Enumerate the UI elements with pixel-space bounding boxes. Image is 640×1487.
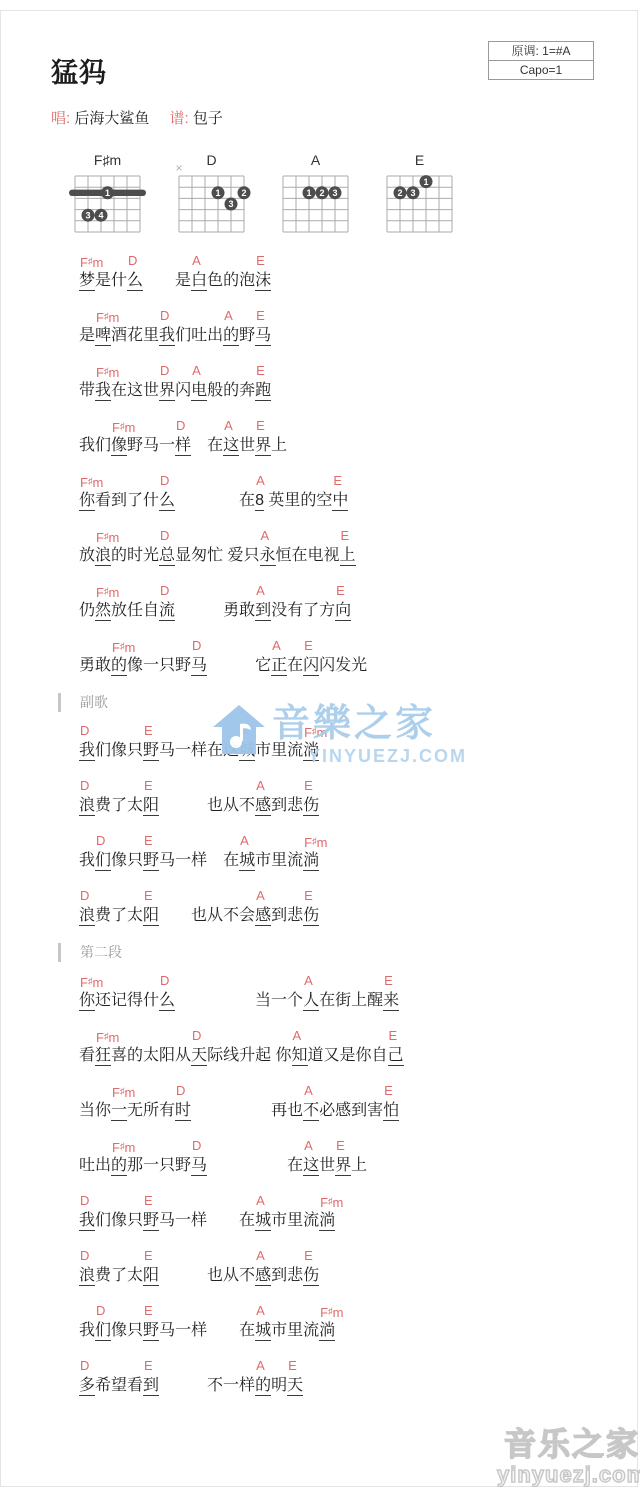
lyric-text: 马: [191, 657, 207, 676]
lyric-text: 马一样 在: [159, 1212, 255, 1229]
lyric-text: 淌: [303, 852, 319, 871]
lyric-text: 这: [223, 437, 239, 456]
lyric-token: A到: [255, 600, 271, 622]
lyric-token: D我: [79, 740, 95, 762]
chord-label: A: [240, 724, 249, 738]
lyric-text: 显匆忙 爱只: [175, 547, 259, 564]
lyric-token: A电: [191, 380, 207, 402]
lyric-line: F♯m梦是什D么 是A白色的泡E沫: [79, 252, 637, 292]
lyric-token: A城: [255, 1320, 271, 1342]
lyric-token: 费了太: [95, 905, 143, 927]
chord-label: F♯m: [96, 584, 119, 600]
lyric-token: 般的奔: [207, 380, 255, 402]
lyric-text: 到悲: [271, 907, 303, 924]
lyric-token: F♯m一: [111, 1100, 127, 1122]
lyric-text: 到悲: [271, 1267, 303, 1284]
lyric-text: 它: [207, 657, 271, 674]
lyric-token: 马一样 在: [159, 850, 239, 872]
lyric-token: F♯m你: [79, 490, 95, 512]
lyric-token: A白: [191, 270, 207, 292]
chord-label: E: [256, 419, 265, 433]
chord-label: A: [256, 474, 265, 488]
lyric-token: D们: [95, 850, 111, 872]
lyric-text: 们: [95, 852, 111, 871]
lyric-line: 放F♯m浪的时光D总显匆忙 爱只A永恒在电视E上: [79, 527, 637, 567]
lyric-text: 么: [159, 492, 175, 511]
lyric-text: 上: [351, 1157, 367, 1174]
chord-label: F♯m: [80, 254, 103, 270]
lyric-token: 在这世: [111, 380, 159, 402]
svg-text:2: 2: [241, 188, 246, 198]
chord-sheet-page: 猛犸 唱: 后海大鲨鱼 谱: 包子 F♯m134D×123A123E123 F♯…: [0, 0, 640, 1487]
svg-text:1: 1: [105, 188, 110, 198]
lyric-token: 放: [79, 545, 95, 567]
lyric-line: F♯m你看到了什D么 在A8 英里的空E中: [79, 472, 637, 512]
lyric-text: 无所有: [127, 1102, 175, 1119]
lyric-token: 闪: [175, 380, 191, 402]
lyric-token: E天: [287, 1375, 303, 1397]
svg-text:E: E: [415, 152, 424, 168]
lyric-token: E阳: [143, 905, 159, 927]
lyric-token: D样: [175, 435, 191, 457]
svg-text:4: 4: [98, 210, 103, 220]
lyric-text: 己: [388, 1047, 404, 1066]
lyric-token: A感: [255, 1265, 271, 1287]
lyric-text: 感: [255, 907, 271, 926]
lyric-text: 伤: [303, 797, 319, 816]
lyric-token: 它: [207, 655, 271, 677]
chord-label: E: [144, 1194, 153, 1208]
lyric-token: A知: [292, 1045, 308, 1067]
lyric-token: 世: [239, 435, 255, 457]
lyric-text: 淌: [319, 1322, 335, 1341]
lyric-line: D浪费了太E阳 也从不A感到悲E伤: [79, 1247, 637, 1287]
lyric-text: 多: [79, 1377, 95, 1396]
lyric-text: 不: [303, 1102, 319, 1121]
lyric-text: 野马一: [127, 437, 175, 454]
lyric-token: E跑: [255, 380, 271, 402]
chord-label: F♯m: [96, 1029, 119, 1045]
lyric-text: 你: [79, 492, 95, 511]
lyric-text: 上: [340, 547, 356, 566]
lyric-text: 永: [260, 547, 276, 566]
lyric-token: 像一只野: [127, 655, 191, 677]
lyric-token: 还记得什: [95, 990, 159, 1012]
lyric-token: D么: [127, 270, 143, 292]
lyric-token: E阳: [143, 795, 159, 817]
lyric-text: 白: [191, 272, 207, 291]
lyric-token: D浪: [79, 795, 95, 817]
lyric-text: 像只: [111, 852, 143, 869]
lyric-token: 希望看: [95, 1375, 143, 1397]
chord-label: F♯m: [320, 1304, 343, 1320]
chord-label: E: [333, 474, 342, 488]
chord-label: E: [144, 1249, 153, 1263]
lyric-token: 没有了方: [271, 600, 335, 622]
svg-text:A: A: [311, 152, 321, 168]
lyric-token: 市里流: [271, 1320, 319, 1342]
lyric-text: 浪: [79, 1267, 95, 1286]
lyric-token: D天: [191, 1045, 207, 1067]
lyric-token: F♯m然: [95, 600, 111, 622]
chord-label: E: [256, 364, 265, 378]
lyric-text: 没有了方: [271, 602, 335, 619]
lyric-text: 城: [255, 1322, 271, 1341]
chord-label: E: [144, 889, 153, 903]
lyric-text: 总: [159, 547, 175, 566]
lyric-token: D马: [191, 655, 207, 677]
lyric-token: A的: [223, 325, 239, 347]
chord-label: A: [256, 1359, 265, 1373]
chord-label: E: [144, 779, 153, 793]
lyric-text: 在: [175, 492, 255, 509]
lyric-token: F♯m你: [79, 990, 95, 1012]
lyric-text: 样: [175, 437, 191, 456]
lyric-text: 你: [79, 992, 95, 1011]
lyric-text: 的: [223, 327, 239, 346]
lyric-text: 市里流: [255, 852, 303, 869]
lyric-text: 阳: [143, 1267, 159, 1286]
lyric-token: A城: [239, 850, 255, 872]
lyric-token: E到: [143, 1375, 159, 1397]
lyric-text: 界: [255, 437, 271, 456]
lyric-token: 费了太: [95, 1265, 143, 1287]
lyric-token: D多: [79, 1375, 95, 1397]
lyric-text: 英里的空: [264, 492, 332, 509]
lyric-text: 的时光: [111, 547, 159, 564]
lyric-text: 勇敢: [175, 602, 255, 619]
chord-label: A: [261, 529, 270, 543]
lyric-token: D流: [159, 600, 175, 622]
lyric-token: 喜的太阳从: [111, 1045, 191, 1067]
lyric-token: 市里流: [255, 850, 303, 872]
chord-label: D: [176, 1084, 185, 1098]
chord-label: D: [176, 419, 185, 433]
chord-diagram: F♯m134: [63, 152, 155, 240]
lyric-token: 明: [271, 1375, 287, 1397]
chord-label: A: [192, 254, 201, 268]
lyric-token: 带: [79, 380, 95, 402]
lyric-text: 们像只: [95, 1212, 143, 1229]
lyric-text: 天: [191, 1047, 207, 1066]
lyric-token: F♯m淌: [319, 1320, 335, 1342]
lyric-token: F♯m啤: [95, 325, 111, 347]
section-header: 副歌: [58, 692, 637, 712]
lyric-token: A不: [303, 1100, 319, 1122]
lyric-token: 当你: [79, 1100, 111, 1122]
lyric-text: 浪: [95, 547, 111, 566]
chord-label: D: [160, 584, 169, 598]
lyric-token: E沫: [255, 270, 271, 292]
lyric-text: 向: [335, 602, 351, 621]
lyric-token: F♯m狂: [95, 1045, 111, 1067]
lyric-text: 喜的太阳从: [111, 1047, 191, 1064]
lyric-text: 当一个: [175, 992, 303, 1009]
chord-label: E: [304, 639, 313, 653]
lyric-text: 的: [111, 1157, 127, 1176]
lyric-text: 我: [79, 742, 95, 761]
chord-label: A: [256, 1249, 265, 1263]
chord-label: A: [304, 1084, 313, 1098]
lyric-text: 闪: [303, 657, 319, 676]
lyric-token: 英里的空: [264, 490, 332, 512]
singer-value: 后海大鲨鱼: [74, 110, 149, 127]
lyric-line: D多希望看E到 不一样A的明E天: [79, 1357, 637, 1397]
lyric-token: E野: [143, 1210, 159, 1232]
lyric-text: 淌: [303, 742, 319, 761]
lyric-text: 闪: [175, 382, 191, 399]
chord-label: A: [256, 779, 265, 793]
lyric-token: 们像只: [95, 740, 143, 762]
lyric-text: 也从不: [159, 1267, 255, 1284]
chord-label: A: [304, 974, 313, 988]
lyric-text: 啤: [95, 327, 111, 346]
lyric-token: 我: [79, 850, 95, 872]
chord-label: D: [128, 254, 137, 268]
lyric-text: 是: [143, 272, 191, 289]
chord-label: F♯m: [96, 529, 119, 545]
svg-text:×: ×: [175, 161, 182, 175]
chord-label: F♯m: [112, 1084, 135, 1100]
lyric-text: 像一只野: [127, 657, 191, 674]
chord-label: A: [224, 309, 233, 323]
chord-label: E: [384, 974, 393, 988]
lyric-text: 的: [111, 657, 127, 676]
lyric-token: E伤: [303, 905, 319, 927]
lyric-token: 仍: [79, 600, 95, 622]
lyric-token: E向: [335, 600, 351, 622]
lyric-text: 的: [255, 1377, 271, 1396]
lyric-token: 野: [239, 325, 255, 347]
lyric-token: 世: [319, 1155, 335, 1177]
lyric-text: 般的奔: [207, 382, 255, 399]
lyric-token: 看到了什: [95, 490, 159, 512]
lyric-text: 必感到害: [319, 1102, 383, 1119]
lyric-text: 道又是你自: [308, 1047, 388, 1064]
lyric-text: 阳: [143, 907, 159, 926]
lyric-text: 马: [255, 327, 271, 346]
svg-text:1: 1: [423, 177, 428, 187]
lyric-token: A永: [260, 545, 276, 567]
lyric-token: E怕: [383, 1100, 399, 1122]
lyric-text: 我: [95, 382, 111, 401]
lyric-token: 必感到害: [319, 1100, 383, 1122]
lyric-token: F♯m浪: [95, 545, 111, 567]
lyric-text: 市里流: [271, 1322, 319, 1339]
lyric-text: 恒在电视: [276, 547, 340, 564]
chord-label: F♯m: [320, 1194, 343, 1210]
lyric-token: F♯m的: [111, 655, 127, 677]
lyric-token: D马: [191, 1155, 207, 1177]
lyric-token: 在: [287, 655, 303, 677]
chord-label: E: [256, 309, 265, 323]
chord-label: D: [80, 1194, 89, 1208]
lyric-text: 在: [191, 437, 223, 454]
lyric-token: F♯m淌: [319, 1210, 335, 1232]
lyric-token: E野: [143, 1320, 159, 1342]
lyric-line: D浪费了太E阳 也从不会A感到悲E伤: [79, 887, 637, 927]
lyric-token: D时: [175, 1100, 191, 1122]
lyric-token: E伤: [303, 1265, 319, 1287]
lyric-text: 在街上醒: [319, 992, 383, 1009]
lyric-token: 到悲: [271, 795, 303, 817]
lyric-token: D浪: [79, 905, 95, 927]
lyric-text: 费了太: [95, 1267, 143, 1284]
lyric-text: 8: [255, 492, 264, 511]
lyric-text: 世: [319, 1157, 335, 1174]
lyric-text: 么: [159, 992, 175, 1011]
chord-label: A: [256, 1304, 265, 1318]
lyric-line: 仍F♯m然放任自D流 勇敢A到没有了方E向: [79, 582, 637, 622]
lyric-token: 无所有: [127, 1100, 175, 1122]
chord-label: A: [256, 1194, 265, 1208]
singer-label: 唱:: [51, 110, 70, 127]
svg-text:3: 3: [85, 210, 90, 220]
lyric-line: 吐出F♯m的那一只野D马 在A这世E界上: [79, 1137, 637, 1177]
lyric-text: 勇敢: [79, 657, 111, 674]
lyric-text: 时: [175, 1102, 191, 1121]
section-bar: [58, 693, 61, 712]
lyric-text: 梦: [79, 272, 95, 291]
lyric-text: 市里流: [271, 1212, 319, 1229]
lyric-text: 沫: [255, 272, 271, 291]
lyric-text: 野: [239, 327, 255, 344]
lyric-text: 在: [207, 1157, 303, 1174]
chord-label: A: [256, 889, 265, 903]
lyric-token: D们: [95, 1320, 111, 1342]
chord-label: E: [384, 1084, 393, 1098]
lyric-token: D我: [79, 1210, 95, 1232]
lyric-token: 在: [175, 490, 255, 512]
lyric-text: 到悲: [271, 797, 303, 814]
lyric-text: 马一样 在: [159, 1322, 255, 1339]
chord-label: D: [160, 474, 169, 488]
lyric-token: A这: [223, 435, 239, 457]
chord-label: E: [304, 1249, 313, 1263]
lyric-token: F♯m淌: [303, 740, 319, 762]
lyric-text: 马一样在这: [159, 742, 239, 759]
lyric-text: 界: [159, 382, 175, 401]
lyric-text: 城: [255, 1212, 271, 1231]
transcriber-label: 谱:: [170, 110, 189, 127]
lyric-line: 我们F♯m像野马一D样 在A这世E界上: [79, 417, 637, 457]
lyric-text: 我: [79, 1212, 95, 1231]
svg-text:3: 3: [332, 188, 337, 198]
lyric-text: 我: [79, 1322, 95, 1339]
lyric-text: 是: [79, 327, 95, 344]
lyric-text: 在这世: [111, 382, 159, 399]
lyric-text: 带: [79, 382, 95, 399]
chord-label: F♯m: [96, 364, 119, 380]
lyric-text: 我: [159, 327, 175, 346]
lyric-token: E伤: [303, 795, 319, 817]
lyric-text: 这: [303, 1157, 319, 1176]
lyric-token: D浪: [79, 1265, 95, 1287]
lyric-text: 费了太: [95, 797, 143, 814]
lyric-text: 像只: [111, 1322, 143, 1339]
chord-label: E: [304, 889, 313, 903]
lyric-token: E来: [383, 990, 399, 1012]
lyric-token: E阳: [143, 1265, 159, 1287]
chord-label: D: [160, 974, 169, 988]
lyric-text: 当你: [79, 1102, 111, 1119]
lyric-text: 也从不会: [159, 907, 255, 924]
lyric-token: 像只: [111, 1320, 143, 1342]
lyric-line: 当你F♯m一无所有D时 再也A不必感到害E怕: [79, 1082, 637, 1122]
svg-text:1: 1: [215, 188, 220, 198]
lyric-text: 野: [143, 1212, 159, 1231]
chord-diagram: A123: [271, 152, 363, 240]
lyric-text: 吐出: [79, 1157, 111, 1174]
lyric-text: 阳: [143, 797, 159, 816]
lyric-token: A感: [255, 905, 271, 927]
chord-label: E: [256, 254, 265, 268]
lyric-token: 我们: [79, 435, 111, 457]
chord-label: D: [160, 364, 169, 378]
lyric-token: 们像只: [95, 1210, 143, 1232]
lyric-token: 马一样在这: [159, 740, 239, 762]
chord-label: D: [80, 1249, 89, 1263]
chord-label: E: [389, 1029, 398, 1043]
lyric-token: E界: [255, 435, 271, 457]
lyric-text: 怕: [383, 1102, 399, 1121]
lyric-token: 也从不会: [159, 905, 255, 927]
lyric-token: 也从不: [159, 1265, 255, 1287]
lyric-token: 闪发光: [319, 655, 367, 677]
lyric-token: D总: [159, 545, 175, 567]
chord-label: E: [144, 834, 153, 848]
lyric-token: A这: [303, 1155, 319, 1177]
lyric-token: 看: [79, 1045, 95, 1067]
lyric-line: D我们像只E野马一样 在A城市里流F♯m淌: [79, 1192, 637, 1232]
lyric-text: 际线升起 你: [207, 1047, 291, 1064]
lyric-text: 像: [111, 437, 127, 456]
svg-text:2: 2: [397, 188, 402, 198]
chord-label: D: [96, 834, 105, 848]
lyric-text: 狂: [95, 1047, 111, 1066]
lyric-text: 到: [255, 602, 271, 621]
lyric-token: 是: [79, 325, 95, 347]
chord-label: E: [304, 779, 313, 793]
lyric-text: 伤: [303, 907, 319, 926]
lyric-text: 不一样: [159, 1377, 255, 1394]
lyric-line: 看F♯m狂喜的太阳从D天际线升起 你A知道又是你自E己: [79, 1027, 637, 1067]
lyric-token: 我: [79, 1320, 95, 1342]
chord-label: F♯m: [304, 724, 327, 740]
capo-info: Capo=1: [489, 61, 593, 79]
chord-label: D: [80, 779, 89, 793]
lyric-token: A城: [239, 740, 255, 762]
lyric-text: 马: [191, 1157, 207, 1176]
lyric-text: 中: [332, 492, 348, 511]
lyric-token: E己: [388, 1045, 404, 1067]
section-bar: [58, 943, 61, 962]
lyric-text: 来: [383, 992, 399, 1011]
lyric-text: 色的泡: [207, 272, 255, 289]
lyric-text: 到: [143, 1377, 159, 1396]
lyric-token: F♯m的: [111, 1155, 127, 1177]
lyric-token: E野: [143, 740, 159, 762]
lyric-token: 显匆忙 爱只: [175, 545, 259, 567]
chord-label: F♯m: [112, 639, 135, 655]
lyric-token: F♯m我: [95, 380, 111, 402]
chord-label: E: [341, 529, 350, 543]
lyric-text: 们像只: [95, 742, 143, 759]
lyric-text: 明: [271, 1377, 287, 1394]
lyric-text: 天: [287, 1377, 303, 1396]
lyric-token: 当一个: [175, 990, 303, 1012]
lyric-token: D么: [159, 990, 175, 1012]
